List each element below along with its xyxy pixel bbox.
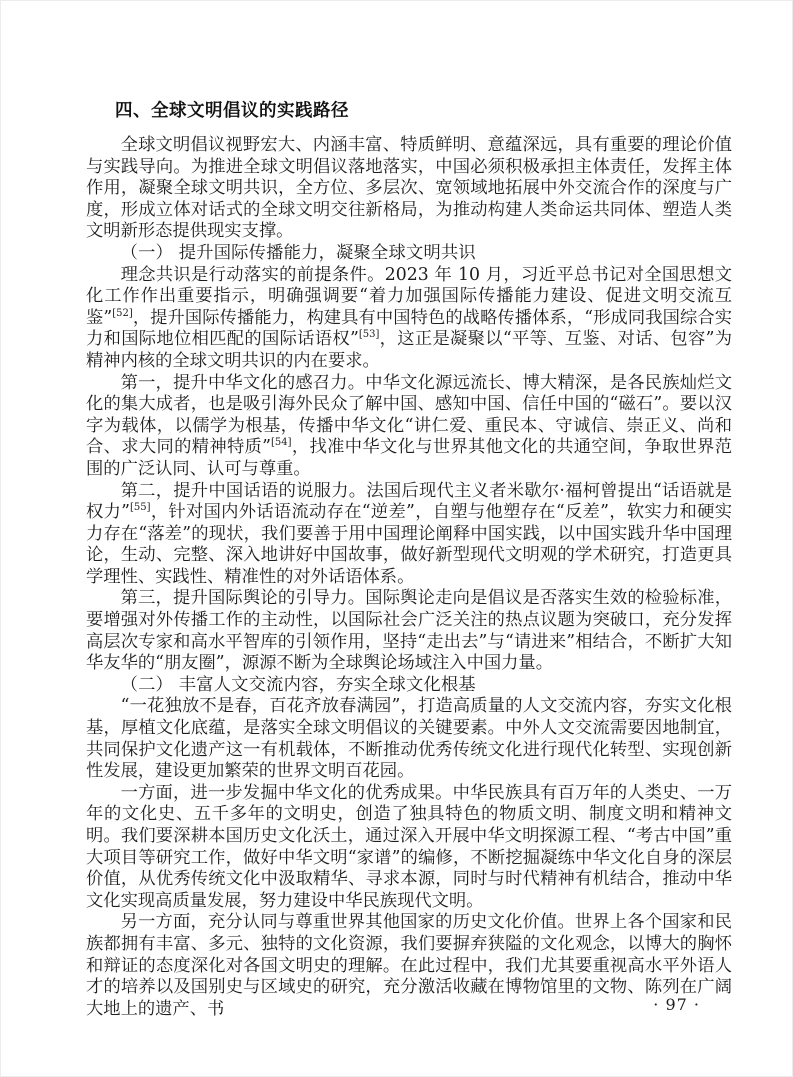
citation-ref: [54]	[271, 438, 292, 449]
subsection-heading: （一） 提升国际传播能力，凝聚全球文明共识	[86, 243, 732, 265]
blocks-container: 全球文明倡议视野宏大、内涵丰富、特质鲜明、意蕴深远，具有重要的理论价值与实践导向…	[86, 135, 732, 1020]
citation-ref: [52]	[112, 308, 133, 319]
paragraph: 第二，提升中国话语的说服力。法国后现代主义者米歇尔·福柯曾提出“话语就是权力”[…	[86, 481, 732, 589]
paragraph: “一花独放不是春，百花齐放春满园”，打造高质量的人文交流内容，夯实文化根基，厚植…	[86, 696, 732, 782]
paragraph: 一方面，进一步发掘中华文化的优秀成果。中华民族具有百万年的人类史、一万年的文化史…	[86, 783, 732, 913]
article-body: 四、全球文明倡议的实践路径 全球文明倡议视野宏大、内涵丰富、特质鲜明、意蕴深远，…	[86, 100, 732, 1020]
section-title: 四、全球文明倡议的实践路径	[86, 100, 732, 122]
citation-ref: [53]	[359, 330, 380, 341]
page-number: · 97 ·	[653, 996, 700, 1014]
paragraph: 全球文明倡议视野宏大、内涵丰富、特质鲜明、意蕴深远，具有重要的理论价值与实践导向…	[86, 135, 732, 243]
paragraph: 理念共识是行动落实的前提条件。2023 年 10 月，习近平总书记对全国思想文化…	[86, 265, 732, 373]
paragraph: 另一方面，充分认同与尊重世界其他国家的历史文化价值。世界上各个国家和民族都拥有丰…	[86, 912, 732, 1020]
citation-ref: [55]	[130, 502, 151, 513]
subsection-heading: （二） 丰富人文交流内容，夯实全球文化根基	[86, 675, 732, 697]
paragraph: 第三，提升国际舆论的引导力。国际舆论走向是倡议是否落实生效的检验标准，要增强对外…	[86, 588, 732, 674]
paragraph: 第一，提升中华文化的感召力。中华文化源远流长、博大精深，是各民族灿烂文化的集大成…	[86, 373, 732, 481]
document-page: 四、全球文明倡议的实践路径 全球文明倡议视野宏大、内涵丰富、特质鲜明、意蕴深远，…	[0, 0, 793, 1077]
